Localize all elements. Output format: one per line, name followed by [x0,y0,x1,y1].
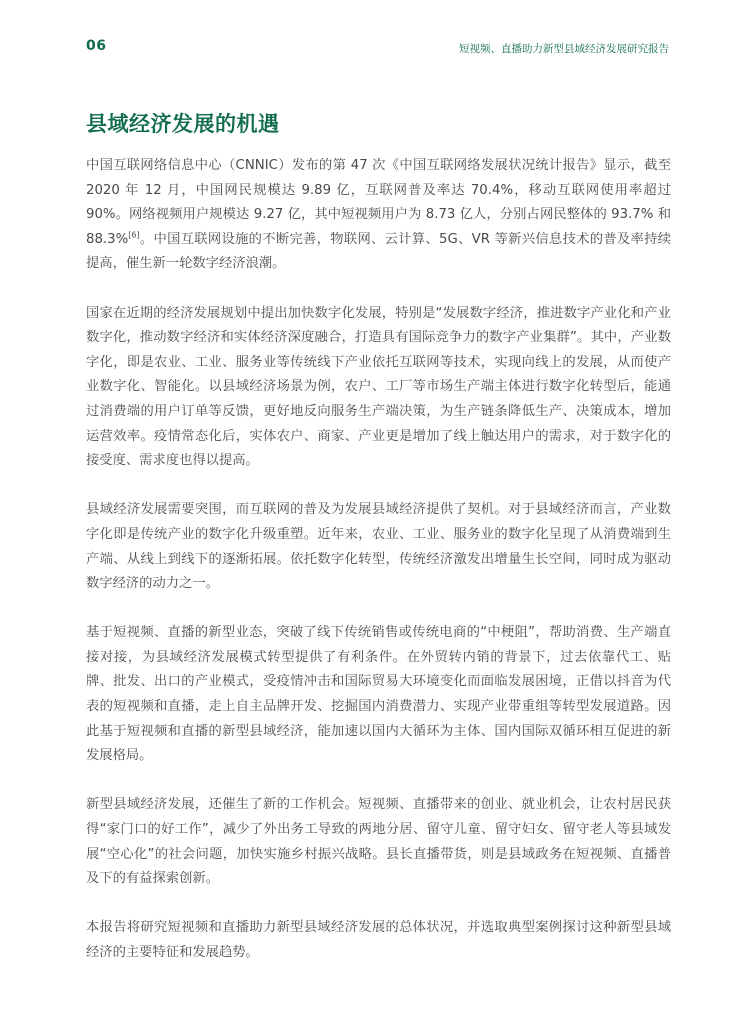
citation-ref: [6] [128,230,139,239]
paragraph-4: 基于短视频、直播的新型业态，突破了线下传统销售或传统电商的“中梗阻”，帮助消费、… [86,621,671,769]
running-title: 短视频、直播助力新型县域经济发展研究报告 [459,41,669,56]
page-number: 06 [86,38,106,54]
paragraph-6: 本报告将研究短视频和直播助力新型县域经济发展的总体状况，并选取典型案例探讨这种新… [86,916,671,965]
page-header: 06 短视频、直播助力新型县域经济发展研究报告 [86,38,669,58]
paragraph-1: 中国互联网络信息中心（CNNIC）发布的第 47 次《中国互联网络发展状况统计报… [86,154,671,277]
paragraph-5: 新型县域经济发展，还催生了新的工作机会。短视频、直播带来的创业、就业机会，让农村… [86,793,671,891]
section-title: 县域经济发展的机遇 [86,108,280,138]
body-content: 中国互联网络信息中心（CNNIC）发布的第 47 次《中国互联网络发展状况统计报… [86,154,671,990]
paragraph-1-text-cont: 。中国互联网设施的不断完善，物联网、云计算、5G、VR 等新兴信息技术的普及率持… [86,232,671,272]
paragraph-3: 县域经济发展需要突围，而互联网的普及为发展县域经济提供了契机。对于县域经济而言，… [86,498,671,596]
paragraph-2: 国家在近期的经济发展规划中提出加快数字化发展，特别是“发展数字经济，推进数字产业… [86,302,671,474]
